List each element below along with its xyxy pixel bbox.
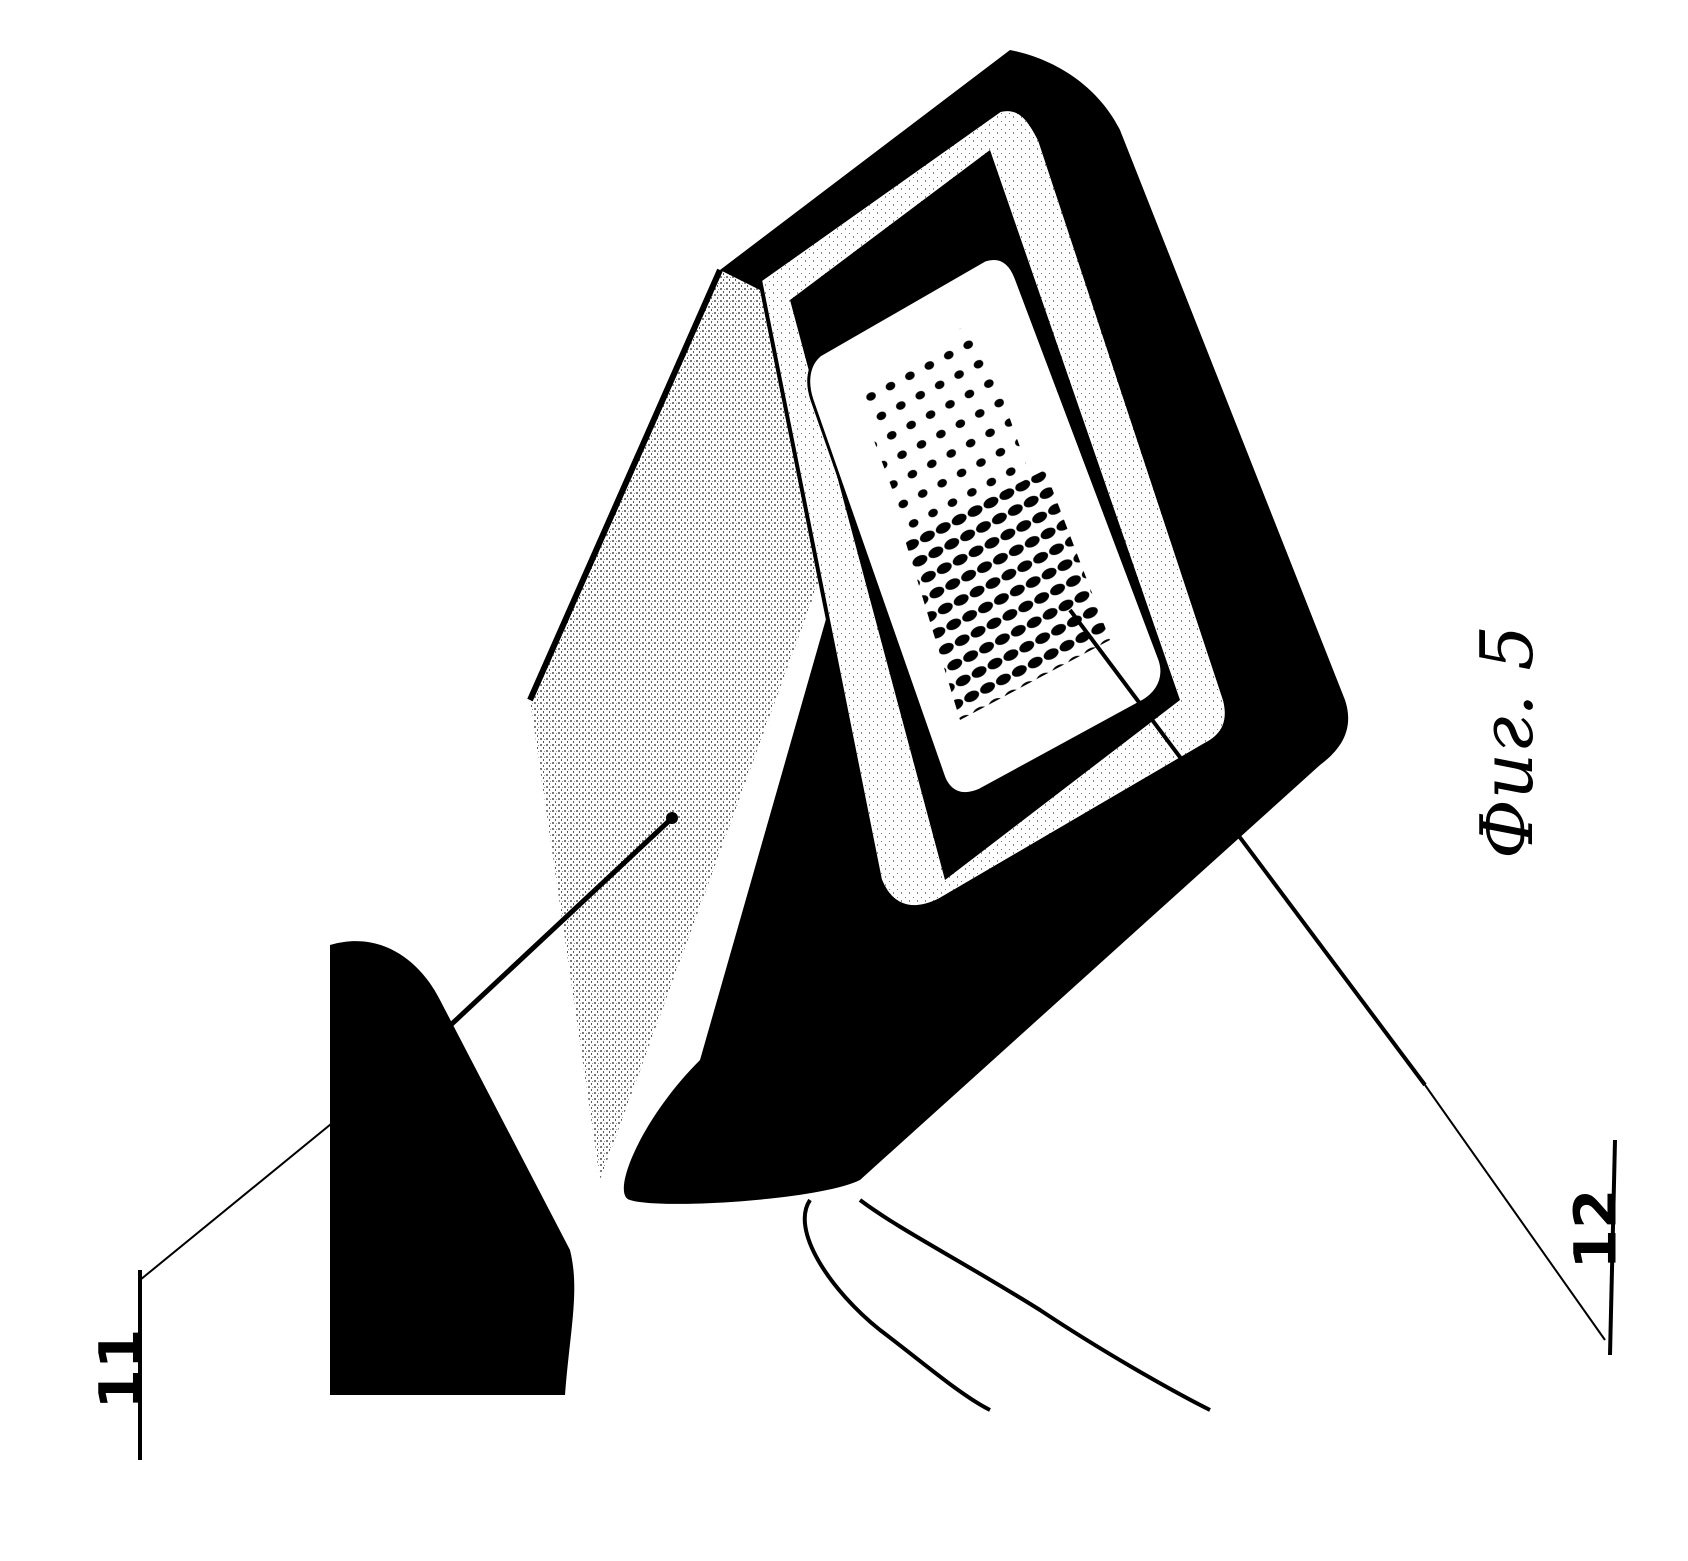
figure-caption: Фиг. 5 bbox=[1465, 625, 1549, 859]
patent-figure bbox=[0, 0, 1688, 1561]
cable-1 bbox=[805, 1200, 990, 1410]
cable-2 bbox=[860, 1200, 1210, 1410]
stand-base bbox=[330, 941, 574, 1395]
reference-label-12: 12 bbox=[1561, 1189, 1629, 1270]
reference-label-11: 11 bbox=[86, 1329, 154, 1410]
